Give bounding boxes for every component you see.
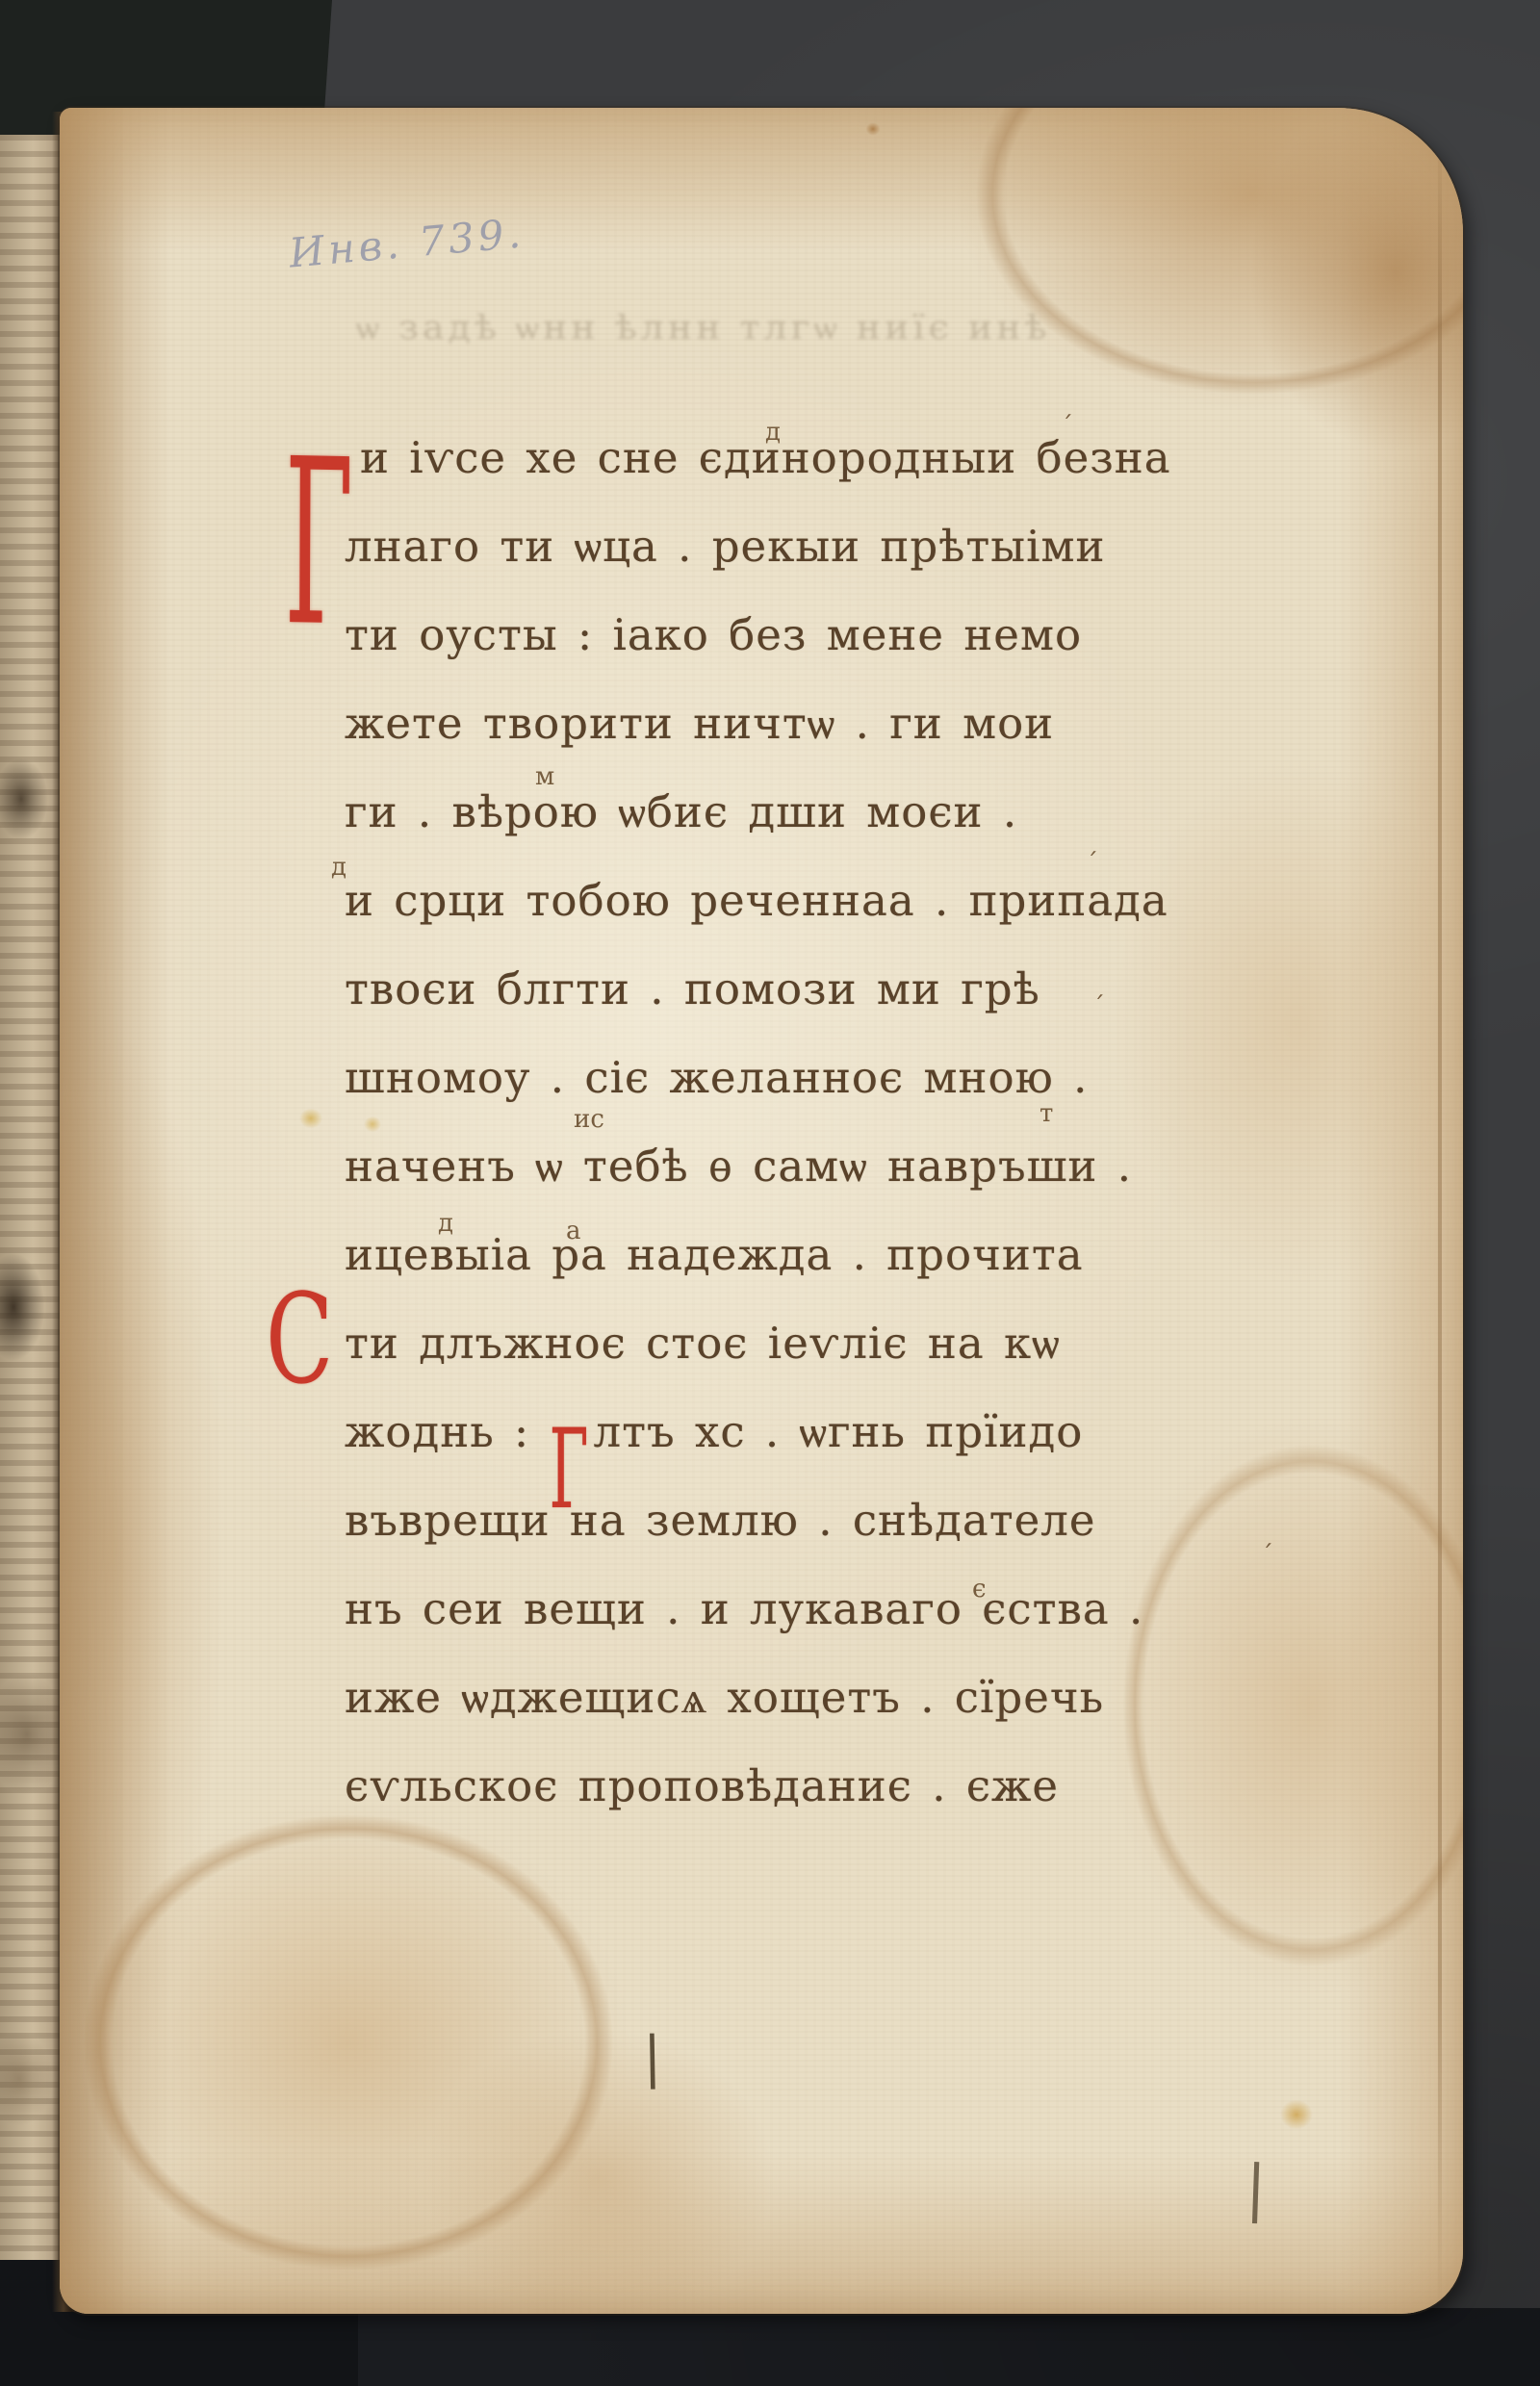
superscript-mark: а [566,1217,581,1245]
line-text: наченъ ѡ тебѣ ѳ самѡ навръши . [345,1141,1132,1192]
text-line: ицевыіа ра надежда . прочита [345,1211,1171,1299]
text-line: иже ѡджещисѧ хощетъ . сїречь [345,1654,1171,1742]
superscript-mark: ис [574,1105,604,1134]
superscript-mark: д [765,418,781,447]
superscript-mark: ´ [1086,849,1098,878]
superscript-mark: т [1039,1099,1053,1128]
superscript-mark: д [331,853,346,882]
photo-backdrop: Инв. 739. ѡ задѣ ѡнн ѣлнн тлгѡ ниїє инѣ … [0,0,1540,2386]
drop-cap-initial: Г [284,431,353,661]
line-text: шномоу . сіє желанноє мною . [345,1052,1088,1103]
line-text: жете творити ничтѡ . ги мои [345,698,1054,749]
superscript-mark: м [535,762,554,791]
text-line: наченъ ѡ тебѣ ѳ самѡ навръши . [345,1122,1171,1211]
line-text: лнаго ти ѡца . рекыи прѣтыіми [345,521,1105,572]
superscript-mark: ´ [1092,992,1105,1021]
superscript-mark: д [438,1209,453,1238]
superscript-mark: є [972,1575,987,1603]
text-line: ти длъжноє стоє іеѵліє на кѡ [345,1299,1171,1388]
text-line: жете творити ничтѡ . ги мои [345,680,1171,768]
text-line: жоднь : Глтъ хс . ѡгнь прїидо [345,1388,1171,1476]
line-text: и срци тобою реченнаа . припада [345,875,1168,926]
ghost-showthrough-text: ѡ задѣ ѡнн ѣлнн тлгѡ ниїє инѣ [356,308,1165,347]
manuscript-page: Инв. 739. ѡ задѣ ѡнн ѣлнн тлгѡ ниїє инѣ … [60,108,1463,2314]
margin-initial: С [266,1278,333,1402]
text-line: ти оусты : іако без мене немо [345,591,1171,680]
text-line: и срци тобою реченнаа . припада [345,857,1171,945]
text-line: въврещи на землю . снѣдателе [345,1476,1171,1565]
text-line: нъ сеи вещи . и лукаваго єства . [345,1565,1171,1654]
line-text: жоднь : [345,1406,549,1457]
pen-mark: | [1245,2158,1268,2220]
pen-mark: | [642,2029,662,2085]
text-line: и іѵсе хе сне єдинородныи безна [345,414,1171,502]
text-line: лнаго ти ѡца . рекыи прѣтыіми [345,502,1171,591]
text-line: твоєи блгти . помози ми грѣ [345,945,1171,1034]
superscript-mark: ´ [1061,412,1073,441]
line-text: ти длъжноє стоє іеѵліє на кѡ [345,1318,1061,1369]
line-text: ги . вѣрою ѡбиє дши моєи . [345,786,1017,837]
text-line: ги . вѣрою ѡбиє дши моєи . [345,768,1171,857]
line-text: иже ѡджещисѧ хощетъ . сїречь [345,1672,1104,1723]
superscript-mark: ´ [1261,1541,1273,1570]
line-text: ицевыіа ра надежда . прочита [345,1229,1084,1280]
book-leaf-edges [0,135,60,2260]
rubric-letter: Г [549,1388,589,1552]
line-text: нъ сеи вещи . и лукаваго єства . [345,1583,1143,1634]
line-text: твоєи блгти . помози ми грѣ [345,963,1040,1014]
line-text: єѵльскоє проповѣданиє . єже [345,1760,1059,1811]
line-text: лтъ хс . ѡгнь прїидо [594,1406,1084,1457]
line-text: въврещи на землю . снѣдателе [345,1495,1095,1546]
text-line: єѵльскоє проповѣданиє . єже [345,1742,1171,1831]
page-edge-crease [1438,108,1442,2314]
line-text: ти оусты : іако без мене немо [345,609,1082,660]
